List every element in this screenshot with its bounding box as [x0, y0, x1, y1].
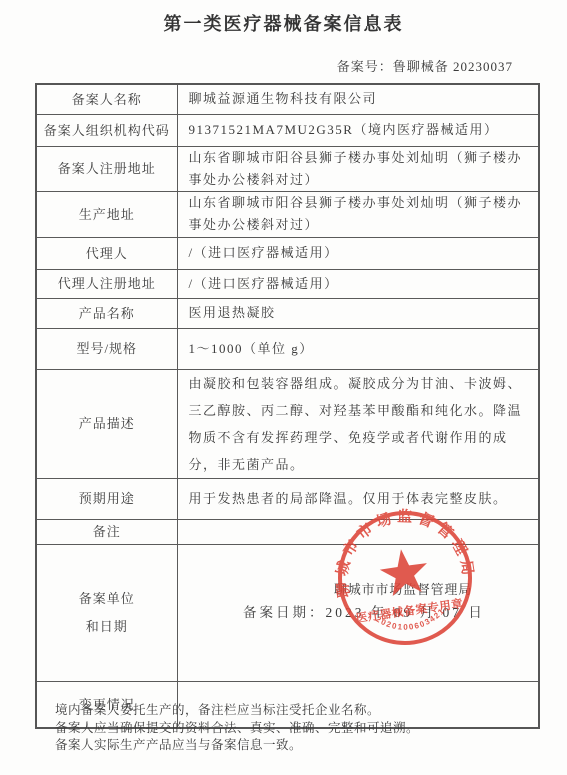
table-row: 生产地址 山东省聊城市阳谷县狮子楼办事处刘灿明（狮子楼办事处办公楼斜对过）	[36, 191, 539, 237]
row-value: 91371521MA7MU2G35R（境内医疗器械适用）	[177, 114, 539, 146]
table-row: 代理人 /（进口医疗器械适用）	[36, 237, 539, 269]
table-row: 备案人注册地址 山东省聊城市阳谷县狮子楼办事处刘灿明（狮子楼办事处办公楼斜对过）	[36, 146, 539, 191]
row-value: 山东省聊城市阳谷县狮子楼办事处刘灿明（狮子楼办事处办公楼斜对过）	[177, 191, 539, 237]
row-value: 由凝胶和包装容器组成。凝胶成分为甘油、卡波姆、三乙醇胺、丙二醇、对羟基苯甲酸酯和…	[177, 369, 539, 478]
row-value: 1～1000（单位 g）	[177, 328, 539, 369]
row-value: /（进口医疗器械适用）	[177, 269, 539, 298]
row-label: 备案单位 和日期	[36, 544, 177, 681]
row-label: 代理人	[36, 237, 177, 269]
seal-center-text: 医疗器械备案专用章	[355, 596, 464, 625]
row-value: 医用退热凝胶	[177, 298, 539, 328]
seal-star-icon	[377, 546, 430, 597]
table-row: 型号/规格 1～1000（单位 g）	[36, 328, 539, 369]
official-seal-stamp: 聊城市市场监督管理局 医疗器械备案专用章 2020100603421	[326, 499, 484, 657]
row-value: /（进口医疗器械适用）	[177, 237, 539, 269]
row-value: 聊城益源通生物科技有限公司	[177, 84, 539, 114]
filing-unit-label-line2: 和日期	[37, 613, 177, 641]
table-row: 备案人组织机构代码 91371521MA7MU2G35R（境内医疗器械适用）	[36, 114, 539, 146]
footnote-line: 备案人实际生产产品应当与备案信息一致。	[55, 737, 419, 755]
document-title: 第一类医疗器械备案信息表	[0, 10, 567, 36]
row-label: 备案人名称	[36, 84, 177, 114]
row-label: 生产地址	[36, 191, 177, 237]
row-label: 产品描述	[36, 369, 177, 478]
record-number: 备案号：鲁聊械备 20230037	[337, 56, 513, 75]
row-label: 型号/规格	[36, 328, 177, 369]
row-label: 产品名称	[36, 298, 177, 328]
row-label: 备注	[36, 519, 177, 544]
table-row: 备案人名称 聊城益源通生物科技有限公司	[36, 84, 539, 114]
row-label: 备案人组织机构代码	[36, 114, 177, 146]
table-row: 代理人注册地址 /（进口医疗器械适用）	[36, 269, 539, 298]
row-label: 备案人注册地址	[36, 146, 177, 191]
filing-unit-label-line1: 备案单位	[37, 585, 177, 613]
footnote-line: 备案人应当确保提交的资料合法、真实、准确、完整和可追溯。	[55, 720, 419, 738]
scanned-document-page: 第一类医疗器械备案信息表 备案号：鲁聊械备 20230037 备案人名称 聊城益…	[0, 0, 567, 775]
table-row: 产品名称 医用退热凝胶	[36, 298, 539, 328]
row-label: 预期用途	[36, 478, 177, 519]
row-value: 山东省聊城市阳谷县狮子楼办事处刘灿明（狮子楼办事处办公楼斜对过）	[177, 146, 539, 191]
row-label: 代理人注册地址	[36, 269, 177, 298]
footnote-line: 境内备案人委托生产的，备注栏应当标注受托企业名称。	[55, 702, 419, 720]
table-row: 产品描述 由凝胶和包装容器组成。凝胶成分为甘油、卡波姆、三乙醇胺、丙二醇、对羟基…	[36, 369, 539, 478]
footnotes: 境内备案人委托生产的，备注栏应当标注受托企业名称。 备案人应当确保提交的资料合法…	[55, 702, 419, 755]
